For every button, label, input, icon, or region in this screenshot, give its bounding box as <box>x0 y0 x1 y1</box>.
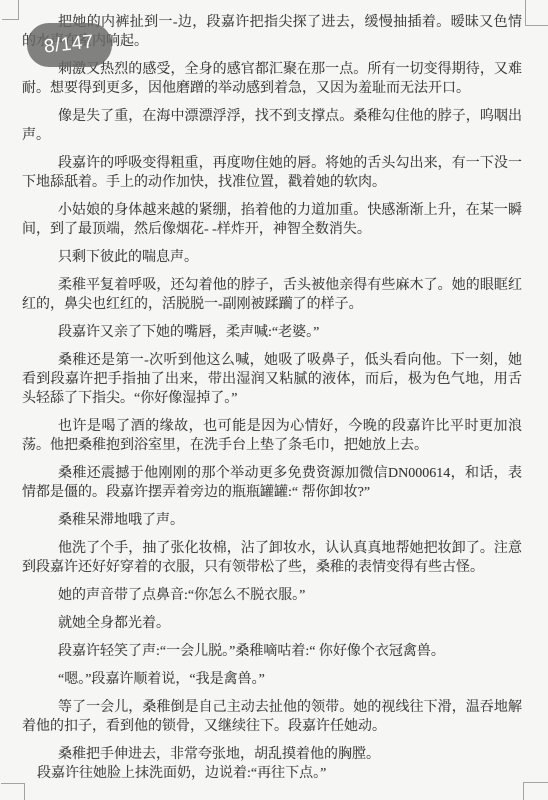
paragraph: 段嘉许的呼吸变得粗重，再度吻住她的唇。将她的舌头勾出来，有一下没一下地舔舐着。手… <box>22 154 522 192</box>
reading-progress-label: 8/147 <box>43 31 95 58</box>
paragraph: 像是失了重，在海中漂漂浮浮，找不到支撑点。桑稚勾住他的脖子，呜咽出声。 <box>22 107 522 145</box>
paragraph: “嗯。”段嘉许顺着说，“我是禽兽。” <box>22 670 522 689</box>
paragraph: 小姑娘的身体越来越的紧绷，掐着他的力道加重。快感渐渐上升，在某一瞬间，到了最顶端… <box>22 201 522 239</box>
paragraph: 等了一会儿，桑稚倒是自己主动去扯他的领带。她的视线往下滑，温吞地解着他的扣子，看… <box>22 698 522 736</box>
paragraph: 柔稚平复着呼吸，还勾着他的脖子，舌头被他亲得有些麻木了。她的眼眶红红的，鼻尖也红… <box>22 276 522 314</box>
ebook-page: 把她的内裤扯到一-边，段嘉许把指尖探了进去，缓慢抽插着。暧昧又色情的水声在室内响… <box>0 0 548 800</box>
paragraph: 她的声音带了点鼻音:“你怎么不脱衣服。” <box>22 586 522 605</box>
paragraph: 就她全身都光着。 <box>22 614 522 633</box>
paragraph: 桑稚呆滞地哦了声。 <box>22 511 522 530</box>
paragraph: 只剩下彼此的喘息声。 <box>22 248 522 267</box>
paragraph: 也许是喝了酒的缘故，也可能是因为心情好，今晚的段嘉许比平时更加浪荡。他把桑稚抱到… <box>22 417 522 455</box>
paragraph: 桑稚还震撼于他刚刚的那个举动更多免费资源加微信DN000614，和话，表情都是僵… <box>22 464 522 502</box>
paragraph: 段嘉许往她脸上抹洗面奶，边说着:“再往下点。” <box>22 764 522 783</box>
reading-progress-badge: 8/147 <box>27 23 112 67</box>
paragraph: 桑稚把手伸进去，非常夸张地，胡乱摸着他的胸膛。 <box>22 745 522 764</box>
page-text-body: 把她的内裤扯到一-边，段嘉许把指尖探了进去，缓慢抽插着。暧昧又色情的水声在室内响… <box>0 0 548 792</box>
paragraph: 段嘉许轻笑了声:“一会儿脱。”桑稚嘀咕着:“ 你好像个衣冠禽兽。 <box>22 642 522 661</box>
paragraph: 他洗了个手，抽了张化妆棉，沾了卸妆水，认认真真地帮她把妆卸了。注意到段嘉许还好好… <box>22 539 522 577</box>
paragraph: 桑稚还是第一-次听到他这么喊，她吸了吸鼻子，低头看向他。下一刻，她看到段嘉许把手… <box>22 351 522 408</box>
paragraph: 段嘉许又亲了下她的嘴唇，柔声喊:“老婆。” <box>22 323 522 342</box>
